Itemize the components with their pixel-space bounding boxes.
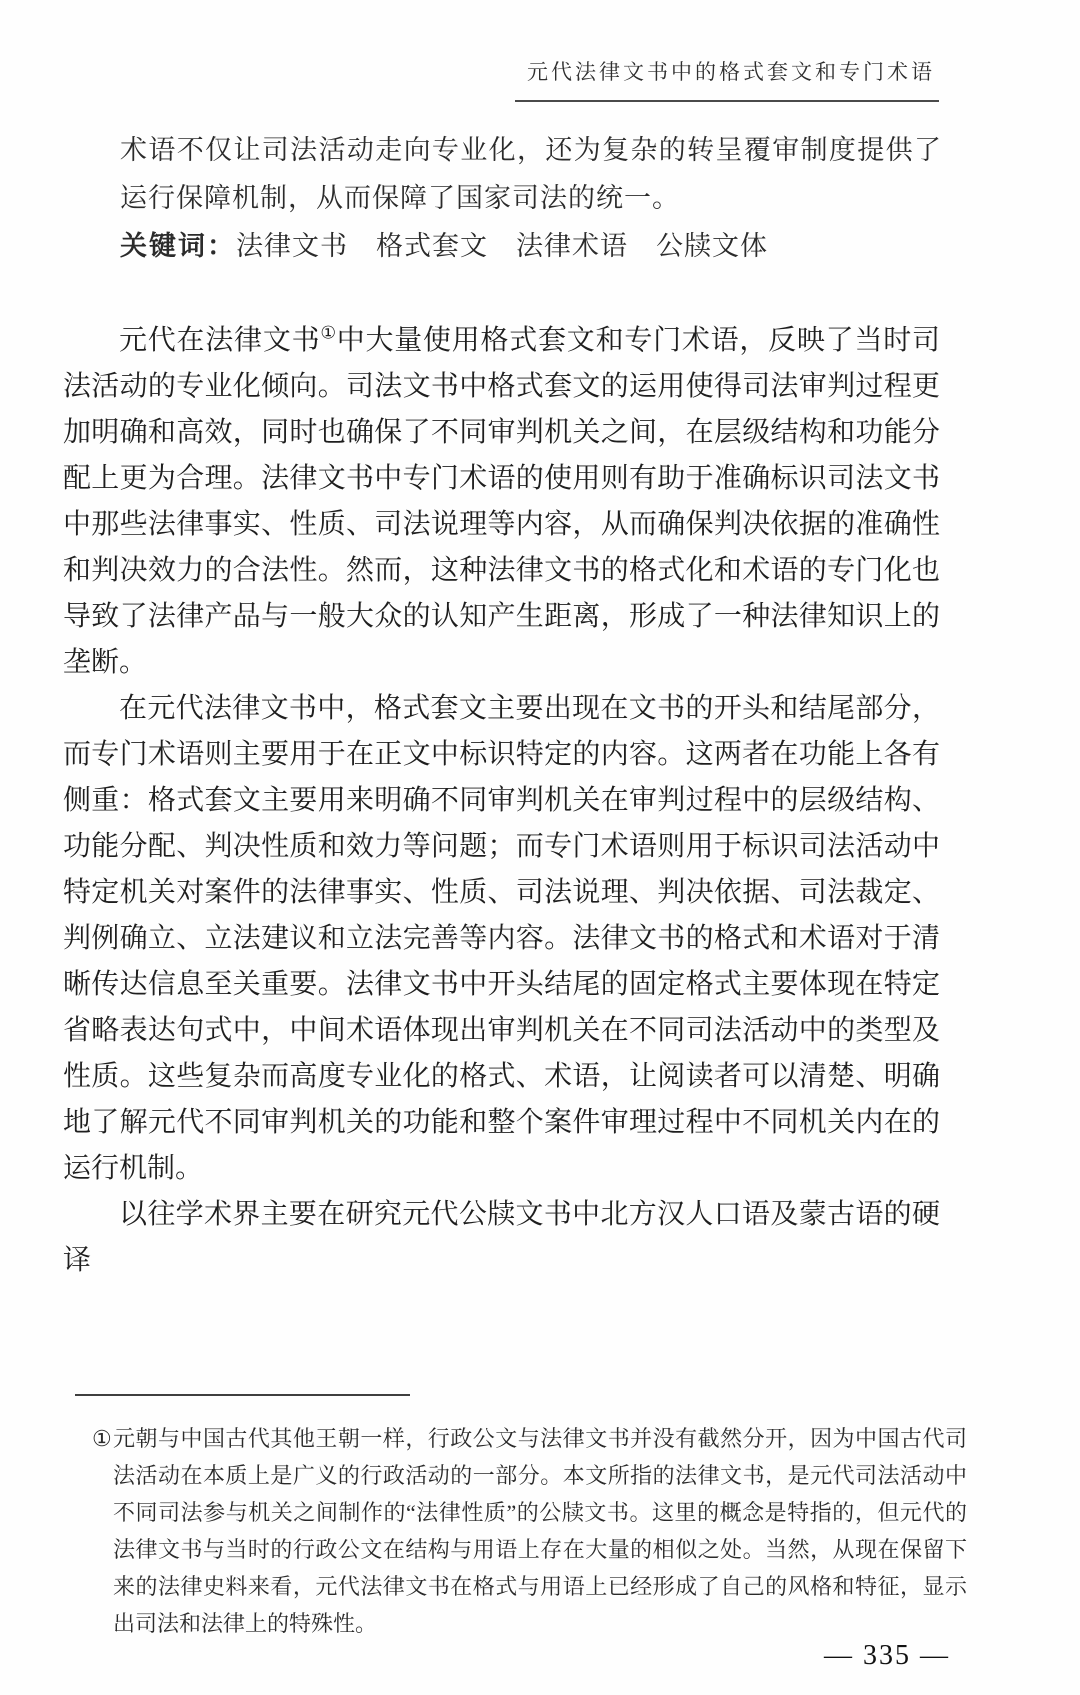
keywords-value: 法律文书 格式套文 法律术语 公牍文体 bbox=[236, 231, 768, 261]
footnote-marker: ① bbox=[92, 1420, 113, 1457]
paragraph-1: 元代在法律文书①中大量使用格式套文和专门术语，反映了当时司法活动的专业化倾向。司… bbox=[63, 318, 940, 686]
paragraph-3: 以往学术界主要在研究元代公牍文书中北方汉人口语及蒙古语的硬译 bbox=[63, 1192, 940, 1284]
running-head: 元代法律文书中的格式套文和专门术语 bbox=[515, 56, 939, 102]
footnote-separator-rule bbox=[75, 1394, 410, 1396]
paragraph-1-text-before-ref: 元代在法律文书 bbox=[119, 325, 320, 356]
footnote-text: 元朝与中国古代其他王朝一样，行政公文与法律文书并没有截然分开，因为中国古代司法活… bbox=[113, 1420, 967, 1642]
abstract-tail-text: 术语不仅让司法活动走向专业化，还为复杂的转呈覆审制度提供了运行保障机制，从而保障… bbox=[120, 126, 942, 222]
page-number: — 335 — bbox=[824, 1640, 950, 1672]
paragraph-2: 在元代法律文书中，格式套文主要出现在文书的开头和结尾部分，而专门术语则主要用于在… bbox=[63, 686, 940, 1192]
paragraph-1-text-after-ref: 中大量使用格式套文和专门术语，反映了当时司法活动的专业化倾向。司法文书中格式套文… bbox=[63, 325, 940, 678]
keywords-line: 关键词：法律文书 格式套文 法律术语 公牍文体 bbox=[120, 222, 942, 270]
abstract-block: 术语不仅让司法活动走向专业化，还为复杂的转呈覆审制度提供了运行保障机制，从而保障… bbox=[120, 126, 942, 270]
main-text: 元代在法律文书①中大量使用格式套文和专门术语，反映了当时司法活动的专业化倾向。司… bbox=[63, 318, 940, 1284]
footnote-block: ① 元朝与中国古代其他王朝一样，行政公文与法律文书并没有截然分开，因为中国古代司… bbox=[92, 1420, 967, 1642]
keywords-label: 关键词： bbox=[120, 231, 236, 261]
document-page: 元代法律文书中的格式套文和专门术语 术语不仅让司法活动走向专业化，还为复杂的转呈… bbox=[0, 0, 1080, 1695]
footnote-ref-1: ① bbox=[320, 324, 336, 343]
